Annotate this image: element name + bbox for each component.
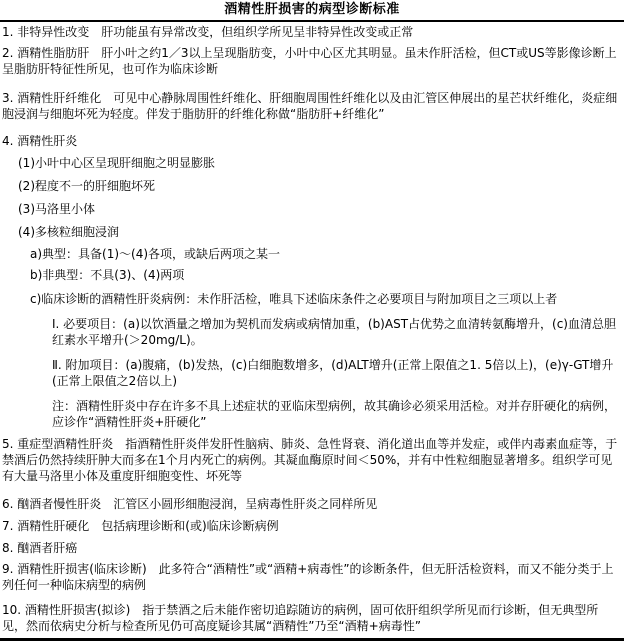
hepatitis-note: 注：酒精性肝炎中存在许多不具上述症状的亚临床型病例，故其确诊必须采用活检。对并存…	[52, 398, 622, 430]
hepatitis-criterion-2: (2)程度不一的肝细胞坏死	[18, 178, 618, 194]
document-title: 酒精性肝损害的病型诊断标准	[0, 2, 624, 18]
item-9: 9. 酒精性肝损害(临床诊断) 此多符合“酒精性”或“酒精+病毒性”的诊断条件，…	[2, 561, 620, 593]
hepatitis-criterion-4: (4)多核粒细胞浸润	[18, 224, 618, 240]
top-rule	[0, 20, 624, 22]
hepatitis-type-b: b)非典型：不具(3)、(4)两项	[30, 267, 620, 283]
additional-items: Ⅱ. 附加项目：(a)腹痛，(b)发热，(c)白细胞数增多，(d)ALT增升(正…	[52, 357, 622, 389]
item-8: 8. 酗酒者肝癌	[2, 540, 620, 556]
item-4: 4. 酒精性肝炎	[2, 133, 620, 149]
item-6: 6. 酗酒者慢性肝炎 汇管区小圆形细胞浸润，呈病毒性肝炎之同样所见	[2, 496, 620, 512]
item-5: 5. 重症型酒精性肝炎 指酒精性肝炎伴发肝性脑病、肺炎、急性肾衰、消化道出血等并…	[2, 436, 620, 484]
item-3: 3. 酒精性肝纤维化 可见中心静脉周围性纤维化、肝细胞周围性纤维化以及由汇管区伸…	[2, 90, 620, 122]
hepatitis-type-c: c)临床诊断的酒精性肝炎病例：未作肝活检，唯具下述临床条件之必要项目与附加项目之…	[30, 291, 620, 307]
item-2: 2. 酒精性脂肪肝 肝小叶之约1／3以上呈现脂肪变，小叶中心区尤其明显。虽未作肝…	[2, 45, 620, 77]
hepatitis-criterion-3: (3)马洛里小体	[18, 201, 618, 217]
bottom-rule	[0, 638, 624, 641]
item-10: 10. 酒精性肝损害(拟诊) 指于禁酒之后未能作密切追踪随访的病例，固可依肝组织…	[2, 602, 620, 634]
item-1: 1. 非特异性改变 肝功能虽有异常改变，但组织学所见呈非特异性改变或正常	[2, 24, 620, 40]
required-items: Ⅰ. 必要项目：(a)以饮酒量之增加为契机而发病或病情加重，(b)AST占优势之…	[52, 316, 622, 348]
item-7: 7. 酒精性肝硬化 包括病理诊断和(或)临床诊断病例	[2, 518, 620, 534]
hepatitis-type-a: a)典型：具备(1)～(4)各项，或缺后两项之某一	[30, 246, 620, 262]
hepatitis-criterion-1: (1)小叶中心区呈现肝细胞之明显膨胀	[18, 155, 618, 171]
